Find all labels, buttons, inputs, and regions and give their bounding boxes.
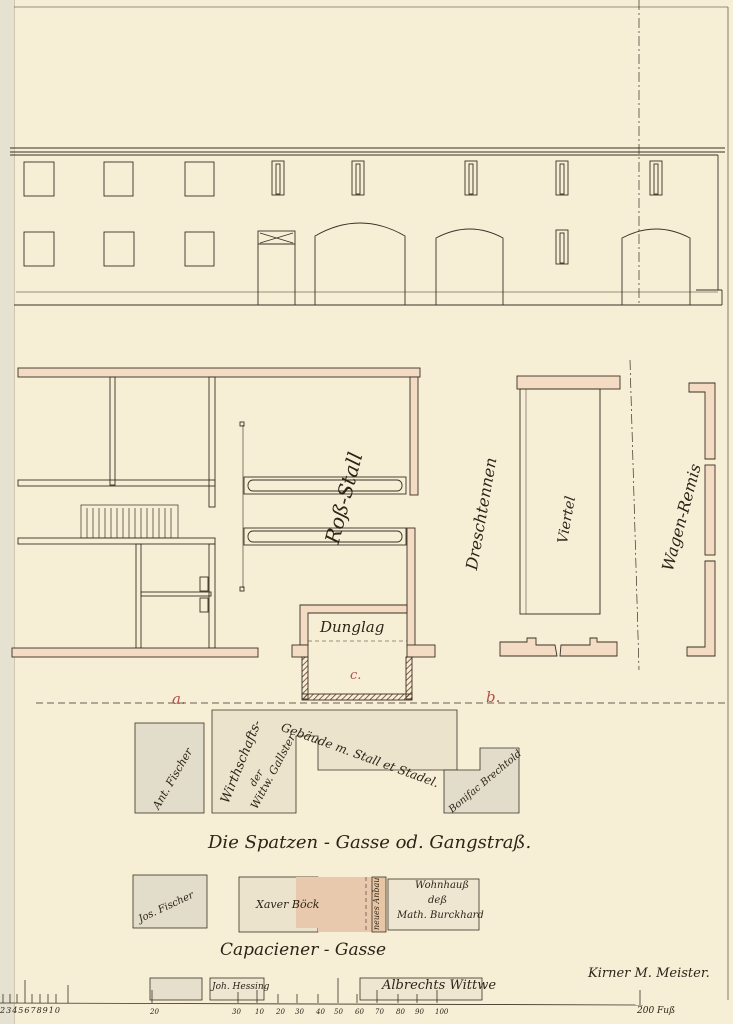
scale-label: 40 [316, 1008, 325, 1016]
scale-bar [0, 978, 643, 1005]
section-mark-b: b. [486, 688, 500, 706]
scale-label: 30 [295, 1008, 304, 1016]
drawing-linework [0, 0, 733, 1024]
scale-tick-label: 10 [49, 1006, 61, 1015]
scale-label: 100 [435, 1008, 448, 1016]
scale-label: 20 [150, 1008, 159, 1016]
label-math-burckhard: Math. Burckhard [397, 910, 484, 921]
scale-label: 10 [255, 1008, 264, 1016]
scale-label: 70 [375, 1008, 384, 1016]
architectural-plan-sheet: Roß-Stall Dreschtennen Viertel Wagen-Rem… [0, 0, 733, 1024]
scale-label: 30 [232, 1008, 241, 1016]
ground-plan [12, 368, 715, 700]
section-mark-a: a. [172, 690, 186, 708]
label-neues-anbau: neues Anbau [372, 878, 381, 930]
scale-label: 90 [415, 1008, 424, 1016]
signature: Kirner M. Meister. [588, 966, 710, 981]
scale-label: 60 [355, 1008, 364, 1016]
label-xaver-boeck: Xaver Böck [256, 898, 319, 911]
scale-small-ticks-label: 2345678910 [0, 1006, 61, 1015]
label-albrechts-wittwe: Albrechts Wittwe [382, 978, 496, 993]
label-wohnhaus: Wohnhauß [415, 880, 469, 891]
elevation-facade [10, 148, 725, 305]
label-pit-mark: c. [350, 668, 361, 683]
scale-unit-label: 200 Fuß [637, 1006, 675, 1016]
street-label-capuciner: Capaciener - Gasse [220, 940, 386, 960]
label-joh-hessing: Joh. Hessing [212, 982, 269, 992]
scale-label: 20 [276, 1008, 285, 1016]
street-label-spatzen: Die Spatzen - Gasse od. Gangstraß. [208, 832, 531, 853]
scale-label: 50 [334, 1008, 343, 1016]
scale-label: 80 [396, 1008, 405, 1016]
label-dess: deß [428, 895, 447, 906]
label-dunglag: Dunglag [320, 618, 384, 636]
